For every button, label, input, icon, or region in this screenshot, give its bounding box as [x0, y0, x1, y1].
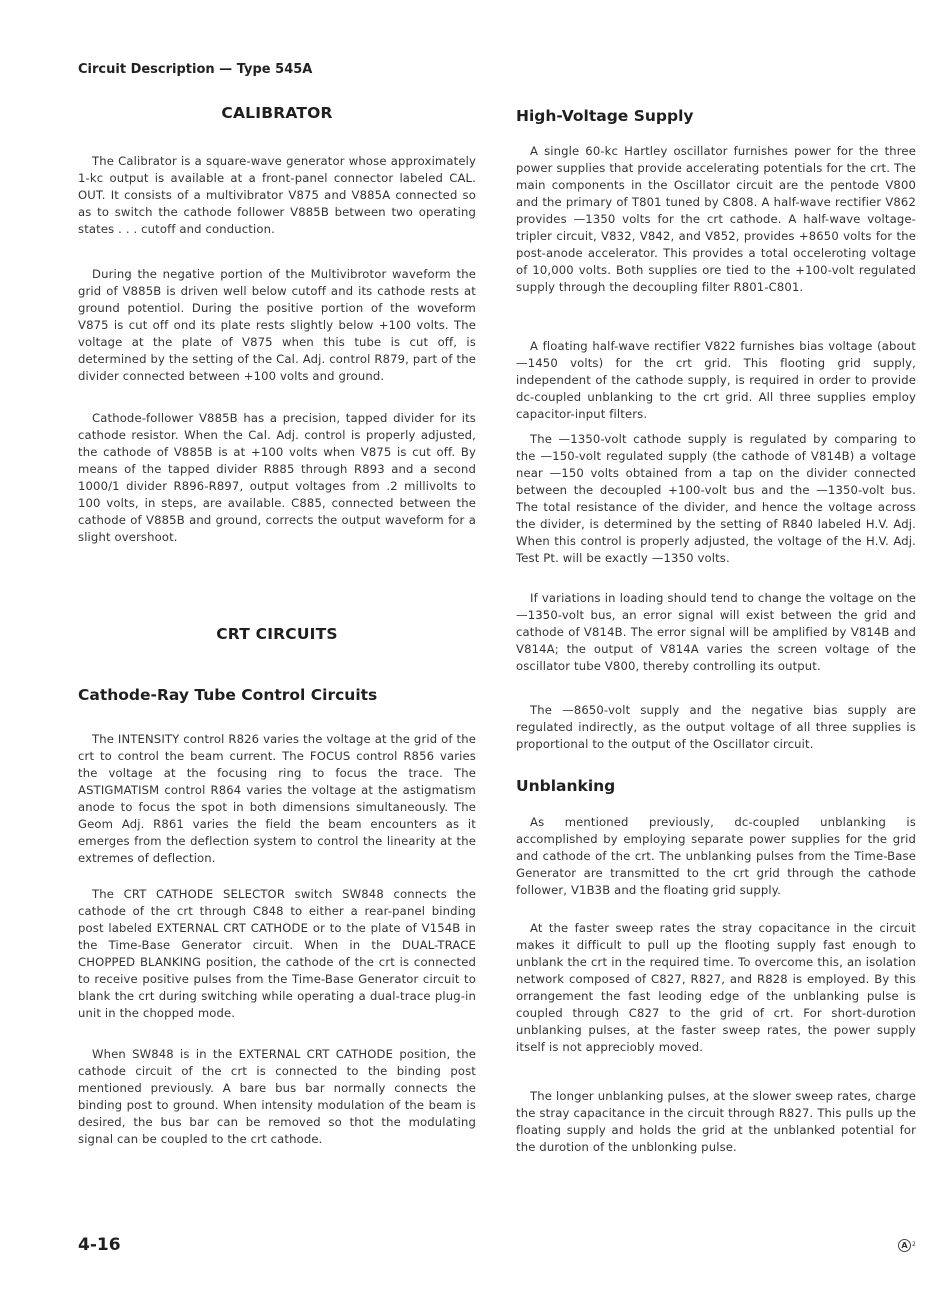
paragraph: The —1350-volt cathode supply is regulat…	[516, 431, 916, 567]
paragraph: A floating half-wave rectifier V822 furn…	[516, 338, 916, 423]
paragraph: If variations in loading should tend to …	[516, 590, 916, 675]
page-number: 4-16	[78, 1235, 121, 1255]
paragraph: When SW848 is in the EXTERNAL CRT CATHOD…	[78, 1046, 476, 1148]
paragraph: During the negative portion of the Multi…	[78, 266, 476, 385]
paragraph: The —8650-volt supply and the negative b…	[516, 702, 916, 753]
section-heading-crt-circuits: CRT CIRCUITS	[78, 625, 476, 643]
subsection-heading-high-voltage: High-Voltage Supply	[516, 107, 694, 125]
paragraph: The CRT CATHODE SELECTOR switch SW848 co…	[78, 886, 476, 1022]
paragraph: The INTENSITY control R826 varies the vo…	[78, 731, 476, 867]
paragraph: At the faster sweep rates the stray copa…	[516, 920, 916, 1056]
revision-number: 2	[912, 1242, 916, 1248]
revision-mark: A 2	[898, 1238, 920, 1252]
subsection-heading-unblanking: Unblanking	[516, 777, 615, 795]
paragraph: The Calibrator is a square-wave generato…	[78, 153, 476, 238]
section-heading-calibrator: CALIBRATOR	[78, 104, 476, 122]
paragraph: A single 60-kc Hartley oscillator furnis…	[516, 143, 916, 296]
paragraph: The longer unblanking pulses, at the slo…	[516, 1088, 916, 1156]
subsection-heading-crt-control: Cathode-Ray Tube Control Circuits	[78, 686, 377, 704]
circled-a-icon: A	[898, 1239, 911, 1252]
running-head: Circuit Description — Type 545A	[78, 62, 312, 77]
paragraph: Cathode-follower V885B has a precision, …	[78, 410, 476, 546]
paragraph: As mentioned previously, dc-coupled unbl…	[516, 814, 916, 899]
